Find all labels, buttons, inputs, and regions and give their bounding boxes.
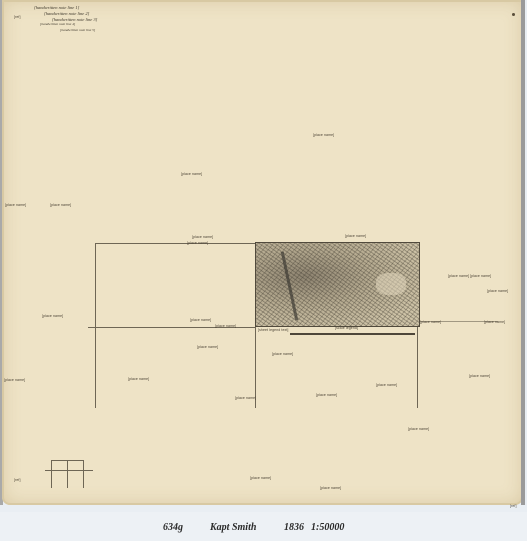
place-label: [place name] — [316, 393, 337, 397]
place-label: [place name] — [235, 396, 256, 400]
author: Kapt Smith — [210, 522, 256, 533]
place-label: [place name] — [190, 318, 211, 322]
header-note: [handwritten note line 5] — [60, 28, 95, 32]
index-line — [67, 460, 68, 488]
index-line — [83, 460, 84, 488]
place-label: [place name] — [484, 320, 505, 324]
place-label: [place name] — [128, 377, 149, 381]
corner-reference-bottom-right: [ref] — [510, 504, 517, 508]
scan-edge-right — [521, 0, 525, 505]
header-note: [handwritten note line 2] — [44, 11, 89, 16]
clearing — [376, 273, 406, 295]
place-label: [place name] — [408, 427, 429, 431]
place-label: [place name] — [469, 374, 490, 378]
index-line — [51, 460, 52, 488]
header-note: [handwritten note line 4] — [40, 22, 75, 26]
scale-note: [scale legend] — [335, 326, 358, 330]
corner-reference-bottom-left: [ref] — [14, 478, 21, 482]
place-label: [place name] — [345, 234, 366, 238]
caption-strip — [0, 512, 527, 541]
place-label: [place name] — [50, 203, 71, 207]
place-label: [place name] — [4, 378, 25, 382]
pin-hole-mark — [512, 13, 515, 16]
map-detail-area — [255, 242, 420, 327]
river — [281, 251, 298, 320]
place-label: [place name] — [197, 345, 218, 349]
place-label: [place name] — [448, 274, 469, 278]
frame-line-top — [95, 243, 255, 244]
frame-line-right — [417, 325, 418, 408]
place-label: [place name] — [487, 289, 508, 293]
place-label: [place name] — [470, 274, 491, 278]
map-legend-note: [sheet legend text] — [258, 328, 289, 332]
place-label: [place name] — [320, 486, 341, 490]
place-label: [place name] — [192, 235, 213, 239]
corner-reference-top-left: [ref] — [14, 15, 21, 19]
place-label: [place name] — [215, 324, 236, 328]
sheet-number: 634g — [163, 522, 183, 533]
place-label: [place name] — [376, 383, 397, 387]
place-label: [place name] — [5, 203, 26, 207]
place-label: [place name] — [272, 352, 293, 356]
place-label: [place name] — [187, 241, 208, 245]
place-label: [place name] — [250, 476, 271, 480]
place-label: [place name] — [42, 314, 63, 318]
frame-line-left — [95, 243, 96, 408]
place-label: [place name] — [420, 320, 441, 324]
map-scale: 1:50000 — [311, 522, 344, 533]
scale-bar — [290, 333, 415, 335]
place-label: [place name] — [181, 172, 202, 176]
year: 1836 — [284, 522, 304, 533]
index-line — [45, 470, 93, 471]
header-note: [handwritten note line 1] — [34, 5, 79, 10]
sheet-index-diagram — [43, 455, 83, 490]
place-label: [place name] — [313, 133, 334, 137]
